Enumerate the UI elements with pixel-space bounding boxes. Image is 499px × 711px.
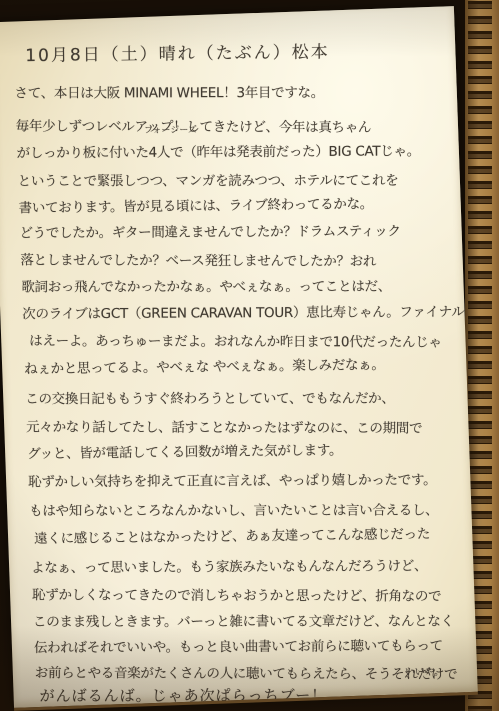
handwriting-line: グッと、皆が電話してくる回数が増えた気がします。 xyxy=(27,438,342,462)
handwriting-line: 遠くに感じることはなかったけど、あぁ友達ってこんな感じだった xyxy=(34,522,430,547)
handwriting-line: 次のライブはGCT（GREEN CARAVAN TOUR）恵比寿じゃん。ファイナ… xyxy=(22,300,478,323)
notebook-photo: 10月8日（土）晴れ（たぶん）松本 さて、本日は大阪 MINAMI WHEEL！… xyxy=(0,0,499,711)
interline-furigana-note: フォージーズ xyxy=(144,122,197,136)
handwriting-line: 元々かなり話してたし、話すことなかったはずなのに、この期間で xyxy=(26,415,422,436)
diary-date-line: 10月8日（土）晴れ（たぶん）松本 xyxy=(25,37,330,66)
handwriting-line: 歌詞おっ飛んでなかったかなぁ。やべぇなぁ。ってことはだ、 xyxy=(21,275,391,296)
notebook-page: 10月8日（土）晴れ（たぶん）松本 さて、本日は大阪 MINAMI WHEEL！… xyxy=(0,6,478,711)
handwriting-line: がんばるんば。じゃあ次ぱらっちブー！ xyxy=(40,684,328,706)
handwriting-line: 書いております。皆が見る頃には、ライブ終わってるかな。 xyxy=(18,192,373,216)
handwriting-line: どうでしたか。ギター間違えませんでしたか？ドラムスティック xyxy=(19,219,400,241)
handwriting-line: はえーよ。あっちゅーまだよ。おれなんか昨日まで10代だったんじゃ xyxy=(29,329,442,350)
handwriting-line: このまま残しときます。バーっと雑に書いてる文章だけど、なんとなく xyxy=(33,609,454,630)
handwriting-line: ねぇかと思ってるよ。やべぇな やべぇなぁ。楽しみだなぁ。 xyxy=(24,353,385,377)
handwriting-line: お前らとやる音楽がたくさんの人に聴いてもらえたら、そうそれだけで xyxy=(35,661,457,682)
handwriting-line: さて、本日は大阪 MINAMI WHEEL！3年目ですな。 xyxy=(15,81,324,102)
handwriting-line: 恥ずかしくなってきたので消しちゃおうかと思ったけど、折角なので xyxy=(32,583,441,604)
handwriting-line: 伝わればそれでいいや。もっと良い曲書いてお前らに聴いてもらって xyxy=(34,634,443,656)
handwriting-line: 落としませんでしたか？ベース発狂しませんでしたか？おれ xyxy=(20,248,376,269)
handwriting-line: ということで緊張しつつ、マンガを読みつつ、ホテルにてこれを xyxy=(18,169,399,190)
handwriting-line: 恥ずかしい気持ちを抑えて正直に言えば、やっぱり嬉しかったです。 xyxy=(28,468,436,490)
handwriting-line: この交換日記ももうすぐ終わろうとしていて、でもなんだか、 xyxy=(25,387,394,408)
handwriting-line: よなぁ、って思いました。もう家族みたいなもんなんだろうけど、 xyxy=(31,554,427,576)
handwriting-line: がしっかり板に付いた4人で（昨年は発表前だった）BIG CATじゃ。 xyxy=(17,139,420,161)
handwriting-line: もはや知らないところなんかないし、言いたいことは言い合えるし、 xyxy=(29,499,438,520)
handwriting-small-note: いいや。 xyxy=(405,663,444,678)
